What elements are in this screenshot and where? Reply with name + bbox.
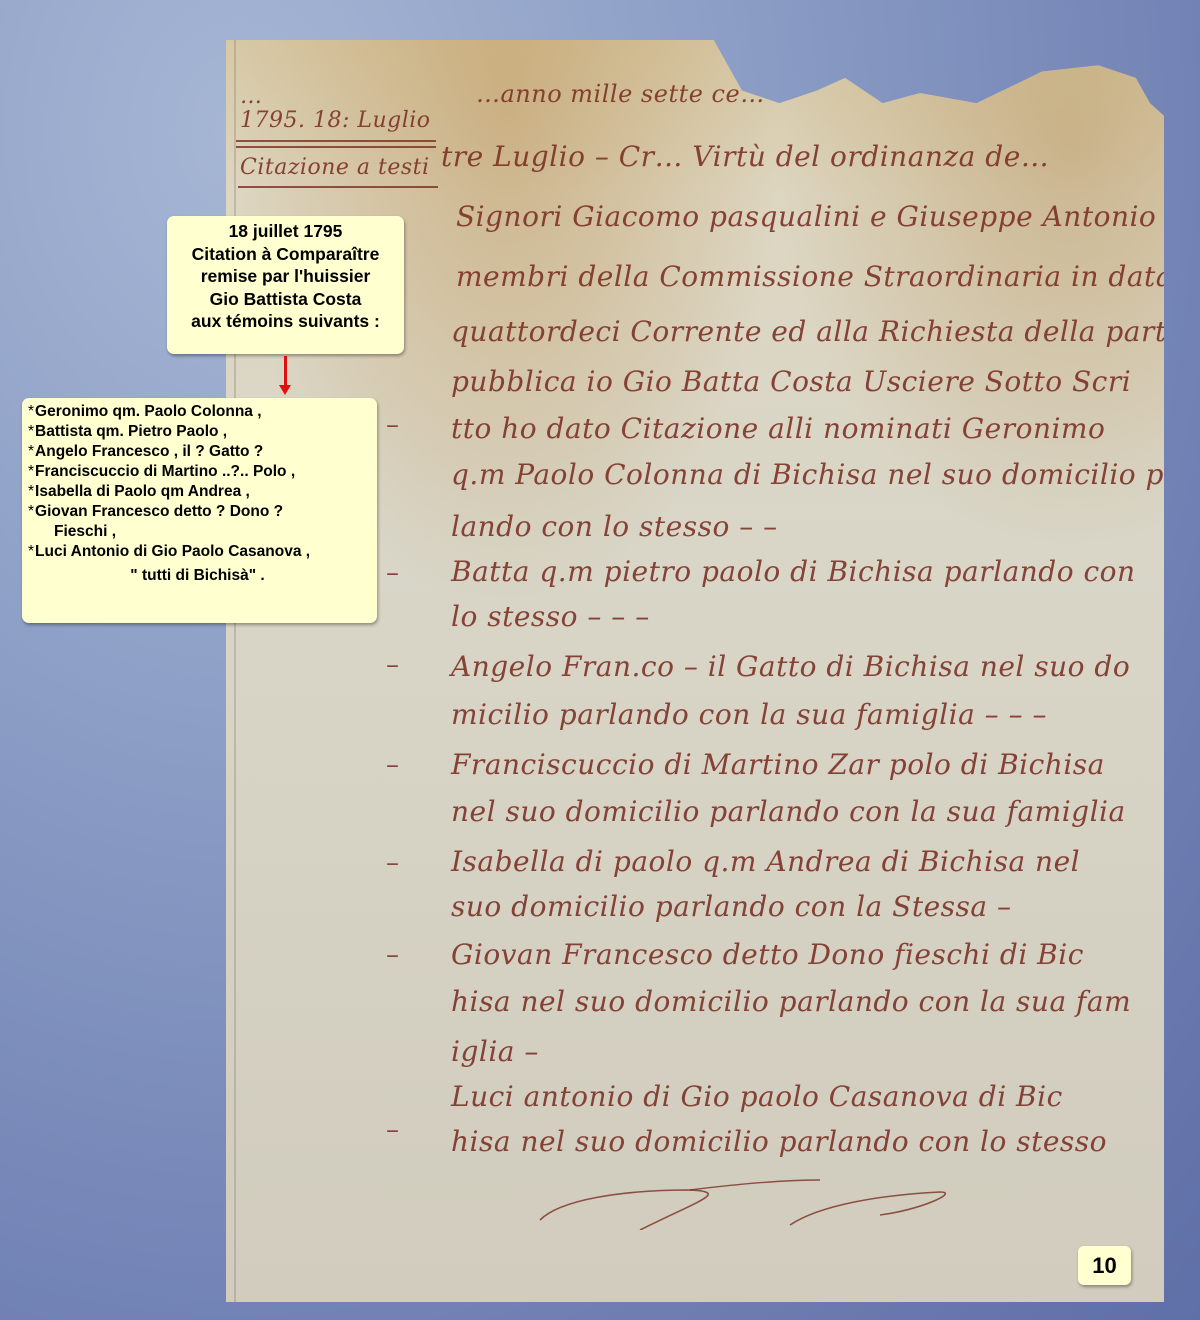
witness-item: *Battista qm. Pietro Paolo , xyxy=(28,422,377,442)
pointer-arrow-icon xyxy=(284,356,287,386)
manuscript-line: Signori Giacomo pasqualini e Giuseppe An… xyxy=(456,200,1200,233)
witness-item: *Geronimo qm. Paolo Colonna , xyxy=(28,402,377,422)
witness-item: *Giovan Francesco detto ? Dono ? xyxy=(28,502,377,522)
manuscript-line: iglia – xyxy=(451,1035,539,1068)
witness-item: *Franciscuccio di Martino ..?.. Polo , xyxy=(28,462,377,482)
entry-dash: – xyxy=(386,1115,399,1145)
manuscript-line: Angelo Fran.co – il Gatto di Bichisa nel… xyxy=(451,650,1130,683)
entry-dash: – xyxy=(386,940,399,970)
witness-item: *Angelo Francesco , il ? Gatto ? xyxy=(28,442,377,462)
entry-dash: – xyxy=(386,848,399,878)
annotation-title-line: aux témoins suivants : xyxy=(167,310,404,333)
manuscript-line: hisa nel suo domicilio parlando con lo s… xyxy=(451,1125,1107,1158)
manuscript-line: Giovan Francesco detto Dono fieschi di B… xyxy=(451,938,1084,971)
manuscript-line: Franciscuccio di Martino Zar polo di Bic… xyxy=(451,748,1105,781)
manuscript-line: tre Luglio – Cr… Virtù del ordinanza de… xyxy=(441,140,1049,173)
manuscript-line: suo domicilio parlando con la Stessa – xyxy=(451,890,1011,923)
manuscript-line: tto ho dato Citazione alli nominati Gero… xyxy=(451,412,1105,445)
entry-dash: – xyxy=(386,750,399,780)
signature-flourish xyxy=(520,1170,970,1230)
witness-item-continuation: Fieschi , xyxy=(28,522,377,542)
margin-rule-top xyxy=(236,140,436,142)
manuscript-line: q.m Paolo Colonna di Bichisa nel suo dom… xyxy=(451,458,1195,491)
manuscript-line: micilio parlando con la sua famiglia – –… xyxy=(451,698,1047,731)
manuscript-line: lo stesso – – – xyxy=(451,600,650,633)
manuscript-line: …anno mille sette ce… xyxy=(476,80,765,108)
manuscript-line: Batta q.m pietro paolo di Bichisa parlan… xyxy=(451,555,1136,588)
manuscript-line: Isabella di paolo q.m Andrea di Bichisa … xyxy=(451,845,1080,878)
annotation-title-line: Citation à Comparaître xyxy=(167,243,404,266)
annotation-title-box: 18 juillet 1795 Citation à Comparaître r… xyxy=(167,216,404,354)
manuscript-line: Luci antonio di Gio paolo Casanova di Bi… xyxy=(451,1080,1063,1113)
margin-note-fragment: … xyxy=(240,84,263,109)
entry-dash: – xyxy=(386,650,399,680)
annotation-title-line: remise par l'huissier xyxy=(167,265,404,288)
margin-underline xyxy=(238,186,438,188)
manuscript-line: pubblica io Gio Batta Costa Usciere Sott… xyxy=(451,365,1131,398)
manuscript-line: quattordeci Corrente ed alla Richiesta d… xyxy=(451,315,1184,348)
entry-dash: – xyxy=(386,410,399,440)
manuscript-line: lando con lo stesso – – xyxy=(451,510,778,543)
witness-item: *Luci Antonio di Gio Paolo Casanova , xyxy=(28,542,377,562)
annotation-witness-list: *Geronimo qm. Paolo Colonna , *Battista … xyxy=(22,398,377,623)
entry-dash: – xyxy=(386,558,399,588)
manuscript-line: membri della Commissione Straordinaria i… xyxy=(456,260,1200,293)
witness-list-footer: " tutti di Bichisà" . xyxy=(28,566,377,586)
annotation-title-line: Gio Battista Costa xyxy=(167,288,404,311)
margin-note-date: 1795. 18: Luglio xyxy=(240,108,431,133)
page-number-badge: 10 xyxy=(1078,1246,1131,1285)
margin-rule-bottom xyxy=(236,146,436,148)
margin-note-subject: Citazione a testi xyxy=(240,155,430,180)
annotation-title-line: 18 juillet 1795 xyxy=(167,220,404,243)
witness-item: *Isabella di Paolo qm Andrea , xyxy=(28,482,377,502)
manuscript-line: nel suo domicilio parlando con la sua fa… xyxy=(451,795,1126,828)
manuscript-line: hisa nel suo domicilio parlando con la s… xyxy=(451,985,1131,1018)
